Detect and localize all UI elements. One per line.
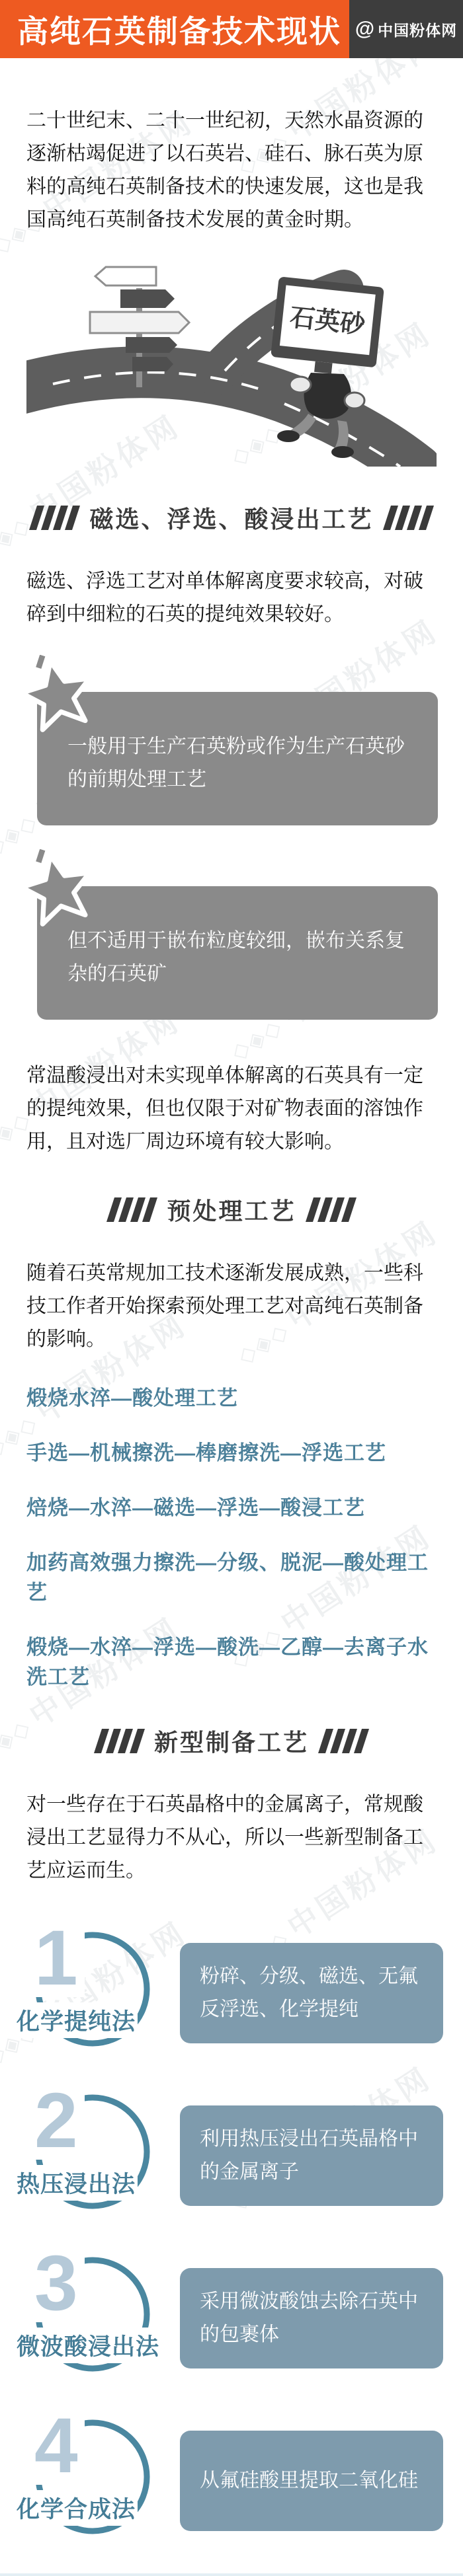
beneficiation-intro: 磁选、浮选工艺对单体解离度要求较高，对破碎到中细粒的石英的提纯效果较好。 <box>26 565 437 631</box>
method-number: 4 <box>28 2407 85 2485</box>
header-title-area: 高纯石英制备技术现状 <box>0 0 349 58</box>
footer-divider <box>0 2573 463 2576</box>
method-name: 热压浸出法 <box>15 2165 138 2201</box>
site-logo: @ 中国粉体网 <box>349 0 463 58</box>
method-number: 1 <box>28 1919 85 1997</box>
illustration: 石英砂 <box>0 248 463 467</box>
star-icon <box>17 849 98 930</box>
method-row-1: 1 化学提纯法 粉碎、分级、磁选、无氟反浮选、化学提纯 <box>15 1923 443 2055</box>
preprocess-intro: 随着石英常规加工技术逐渐发展成熟，一些科技工作者开始探索预处理工艺对高纯石英制备… <box>26 1257 437 1356</box>
slash-bars-icon <box>33 506 76 530</box>
section-head-beneficiation: 磁选、浮选、酸浸出工艺 <box>0 501 463 535</box>
process-flow: 手选—机械擦洗—棒磨擦洗—浮选工艺 <box>26 1436 437 1466</box>
method-desc-box: 从氟硅酸里提取二氧化硅 <box>180 2431 443 2531</box>
process-flow-list: 煅烧水淬—酸处理工艺 手选—机械擦洗—棒磨擦洗—浮选工艺 焙烧—水淬—磁选—浮选… <box>26 1381 437 1690</box>
method-number: 3 <box>28 2244 85 2322</box>
page-title: 高纯石英制备技术现状 <box>17 7 341 52</box>
callout-text: 一般用于生产石英粉或作为生产石英砂的前期处理工艺 <box>67 736 405 790</box>
novel-intro: 对一些存在于石英晶格中的金属离子，常规酸浸出工艺显得力不从心，所以一些新型制备工… <box>26 1788 437 1887</box>
method-badge: 3 微波酸浸出法 <box>15 2248 171 2380</box>
method-badge: 1 化学提纯法 <box>15 1923 171 2055</box>
at-logo-icon: @ <box>355 18 374 40</box>
method-row-4: 4 化学合成法 从氟硅酸里提取二氧化硅 <box>15 2411 443 2543</box>
section-head-novel: 新型制备工艺 <box>0 1724 463 1758</box>
runner-with-sign-icon: 石英砂 <box>269 276 384 378</box>
method-badge: 4 化学合成法 <box>15 2411 171 2543</box>
method-desc: 利用热压浸出石英晶格中的金属离子 <box>200 2123 423 2189</box>
method-desc: 从氟硅酸里提取二氧化硅 <box>200 2464 418 2497</box>
intro-paragraph: 二十世纪末、二十一世纪初，天然水晶资源的逐渐枯竭促进了以石英岩、硅石、脉石英为原… <box>26 104 437 237</box>
slash-bars-icon <box>322 1729 365 1753</box>
slash-bars-icon <box>310 1197 353 1222</box>
slash-bars-icon <box>387 506 430 530</box>
section-title: 预处理工艺 <box>167 1193 296 1227</box>
method-badge: 2 热压浸出法 <box>15 2086 171 2218</box>
star-icon <box>17 655 98 736</box>
section-title: 磁选、浮选、酸浸出工艺 <box>89 501 373 535</box>
beneficiation-outro: 常温酸浸出对未实现单体解离的石英具有一定的提纯效果，但也仅限于对矿物表面的溶蚀作… <box>26 1059 437 1158</box>
method-name: 微波酸浸出法 <box>15 2328 161 2363</box>
method-name: 化学提纯法 <box>15 2002 138 2038</box>
road-fork-cartoon: 石英砂 <box>26 248 437 467</box>
process-flow: 煅烧水淬—酸处理工艺 <box>26 1381 437 1411</box>
callout-1: 一般用于生产石英粉或作为生产石英砂的前期处理工艺 <box>37 692 438 825</box>
site-logo-text: 中国粉体网 <box>378 19 457 40</box>
callout-2: 但不适用于嵌布粒度较细，嵌布关系复杂的石英矿 <box>37 886 438 1020</box>
callout-text: 但不适用于嵌布粒度较细，嵌布关系复杂的石英矿 <box>67 930 405 985</box>
process-flow: 加药高效强力擦洗—分级、脱泥—酸处理工艺 <box>26 1546 437 1605</box>
method-row-2: 2 热压浸出法 利用热压浸出石英晶格中的金属离子 <box>15 2086 443 2218</box>
header-banner: 高纯石英制备技术现状 @ 中国粉体网 <box>0 0 463 58</box>
method-desc-box: 采用微波酸蚀去除石英中的包裹体 <box>180 2268 443 2368</box>
method-name: 化学合成法 <box>15 2490 138 2526</box>
method-desc: 采用微波酸蚀去除石英中的包裹体 <box>200 2285 423 2351</box>
slash-bars-icon <box>110 1197 153 1222</box>
section-title: 新型制备工艺 <box>154 1724 309 1758</box>
slash-bars-icon <box>98 1729 141 1753</box>
process-flow: 焙烧—水淬—磁选—浮选—酸浸工艺 <box>26 1491 437 1521</box>
method-desc-box: 粉碎、分级、磁选、无氟反浮选、化学提纯 <box>180 1943 443 2043</box>
process-flow: 煅烧—水淬—浮选—酸洗—乙醇—去离子水洗工艺 <box>26 1630 437 1690</box>
section-head-preprocess: 预处理工艺 <box>0 1193 463 1227</box>
method-desc: 粉碎、分级、磁选、无氟反浮选、化学提纯 <box>200 1960 423 2026</box>
method-desc-box: 利用热压浸出石英晶格中的金属离子 <box>180 2105 443 2206</box>
method-row-3: 3 微波酸浸出法 采用微波酸蚀去除石英中的包裹体 <box>15 2248 443 2380</box>
method-number: 2 <box>28 2082 85 2160</box>
